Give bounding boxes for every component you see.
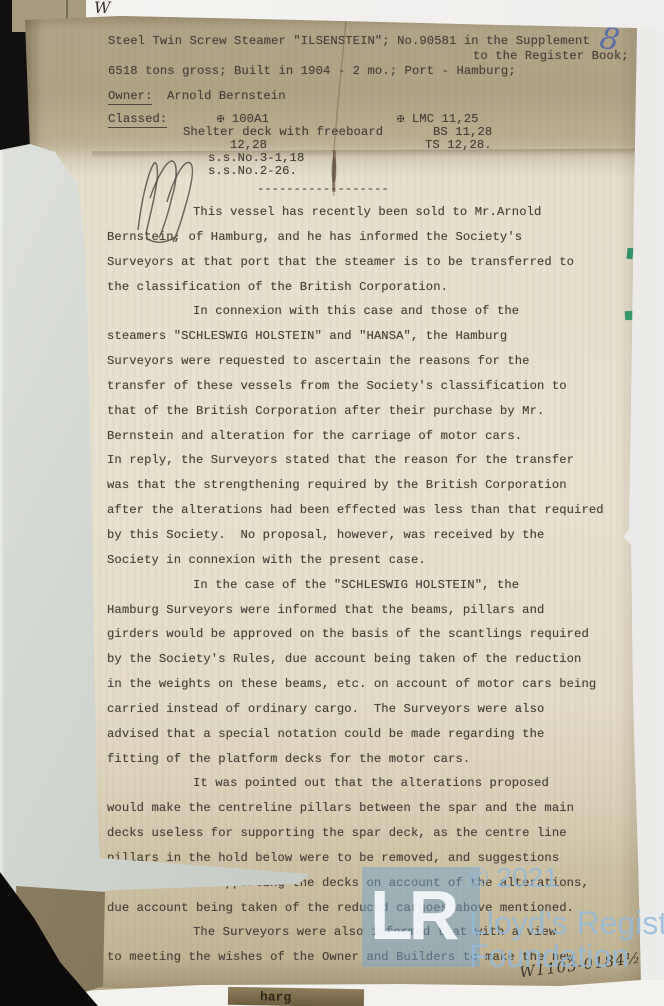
owner-label: Owner: [108,89,152,105]
typed-line: The Surveyors were also informed that wi… [107,920,652,945]
typed-line: fitting of the platform decks for the mo… [107,747,652,772]
typed-line: Bernstein and alteration for the carriag… [107,424,652,449]
torn-page-fragment: harg [228,987,364,1006]
typed-line: the classification of the British Corpor… [107,275,652,300]
green-binding-mark [626,248,633,260]
class-ss-no2: s.s.No.2-26. [208,164,297,178]
typed-line: that of the British Corporation after th… [107,399,652,424]
header-line-3: 6518 tons gross; Built in 1904 - 2 mo.; … [108,64,516,78]
typed-line: girders would be approved on the basis o… [107,622,652,647]
typed-line: would make the centreline pillars betwee… [107,796,652,821]
machinery-notation-lmc: ✠ LMC 11,25 [397,112,479,126]
typed-line: by this Society. No proposal, however, w… [107,523,652,548]
typed-line: Surveyors at that port that the steamer … [107,250,652,275]
dashed-separator: ------------------ [257,182,389,196]
typed-line: Bernstein, of Hamburg, and he has inform… [107,225,652,250]
typed-line: In the case of the "SCHLESWIG HOLSTEIN",… [107,573,652,598]
class-ss-no3: s.s.No.3-1,18 [208,151,304,165]
classed-label: Classed: [108,112,167,128]
typed-line: by the Society's Rules, due account bein… [107,647,652,672]
class-notation: ✠ 100A1 [217,112,269,126]
green-binding-mark [625,311,634,321]
typed-line: due account being taken of the reduced c… [107,896,652,921]
class-freeboard-date: 12,28 [230,138,267,152]
typed-line: carried instead of ordinary cargo. The S… [107,697,652,722]
header-line-1: Steel Twin Screw Steamer "ILSENSTEIN"; N… [108,34,590,48]
typed-line: Hamburg Surveyors were informed that the… [107,598,652,623]
handwritten-w-mark: W [94,0,110,17]
typed-line: decks useless for supporting the spar de… [107,821,652,846]
machinery-notation-bs: BS 11,28 [433,125,492,139]
typed-line: after the alterations had been effected … [107,498,652,523]
typed-line: In connexion with this case and those of… [107,299,652,324]
typed-line: Society in connexion with the present ca… [107,548,652,573]
class-shelter-deck: Shelter deck with freeboard [183,125,383,139]
machinery-notation-ts: TS 12,28. [425,138,492,152]
owner-value: Arnold Bernstein [167,89,286,103]
typed-line: in the weights on these beams, etc. on a… [107,672,652,697]
scanned-document: W Steel Twin Screw Steamer "ILSENSTEIN";… [0,0,664,1006]
typed-line: transfer of these vessels from the Socie… [107,374,652,399]
typed-line: Surveyors were requested to ascertain th… [107,349,652,374]
typed-line: advised that a special notation could be… [107,722,652,747]
typed-line: This vessel has recently been sold to Mr… [107,200,652,225]
typed-line: In reply, the Surveyors stated that the … [107,448,652,473]
typed-line: It was pointed out that the alterations … [107,771,652,796]
paper-fold-crease [92,149,640,159]
fragment-text: harg [260,989,291,1005]
typed-line: was that the strengthening required by t… [107,473,652,498]
typed-line: steamers "SCHLESWIG HOLSTEIN" and "HANSA… [107,324,652,349]
